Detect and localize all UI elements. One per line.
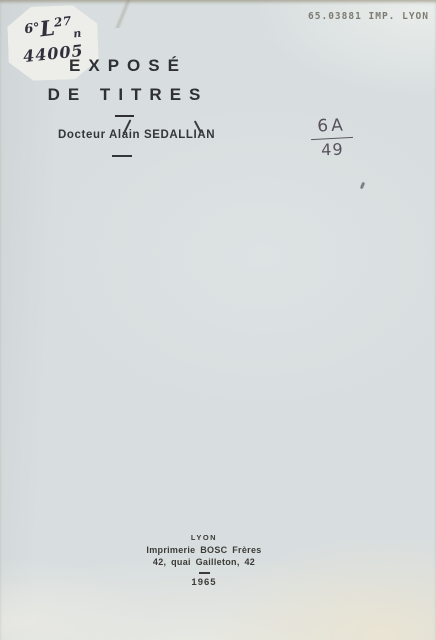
author-prefix: Docteur Alain bbox=[58, 129, 140, 141]
imprint-address: 42, quai Gailleton, 42 bbox=[104, 557, 304, 567]
shelfmark-code-sub: n bbox=[72, 27, 82, 41]
pen-dot-mark bbox=[360, 182, 365, 190]
classmark-top: 6A bbox=[309, 115, 354, 137]
author-rule bbox=[112, 155, 132, 157]
title-block: EXPOSÉ DE TITRES bbox=[18, 56, 230, 117]
title-rule bbox=[115, 115, 134, 117]
imprint-block: LYON Imprimerie BOSC Frères 42, quai Gai… bbox=[104, 533, 304, 588]
accession-stamp: 65.03881 IMP. LYON bbox=[308, 11, 429, 22]
imprint-city: LYON bbox=[104, 533, 304, 542]
author-line: Docteur Alain SEDALLIAN bbox=[58, 129, 278, 141]
scanned-cover-page: 6°L27n 44005 65.03881 IMP. LYON EXPOSÉ D… bbox=[0, 0, 436, 640]
imprint-rule bbox=[199, 572, 210, 574]
classmark-bottom: 49 bbox=[310, 139, 355, 160]
shelfmark-code-prefix: 6° bbox=[23, 21, 40, 38]
title-line-1: EXPOSÉ bbox=[18, 56, 230, 76]
imprint-printer: Imprimerie BOSC Frères bbox=[104, 545, 304, 555]
shelfmark-code-sup: 27 bbox=[53, 14, 72, 30]
title-line-2: DE TITRES bbox=[18, 85, 230, 105]
handwritten-classmark: 6A 49 bbox=[309, 115, 354, 160]
author-surname: SEDALLIAN bbox=[144, 129, 215, 141]
imprint-year: 1965 bbox=[104, 577, 304, 588]
